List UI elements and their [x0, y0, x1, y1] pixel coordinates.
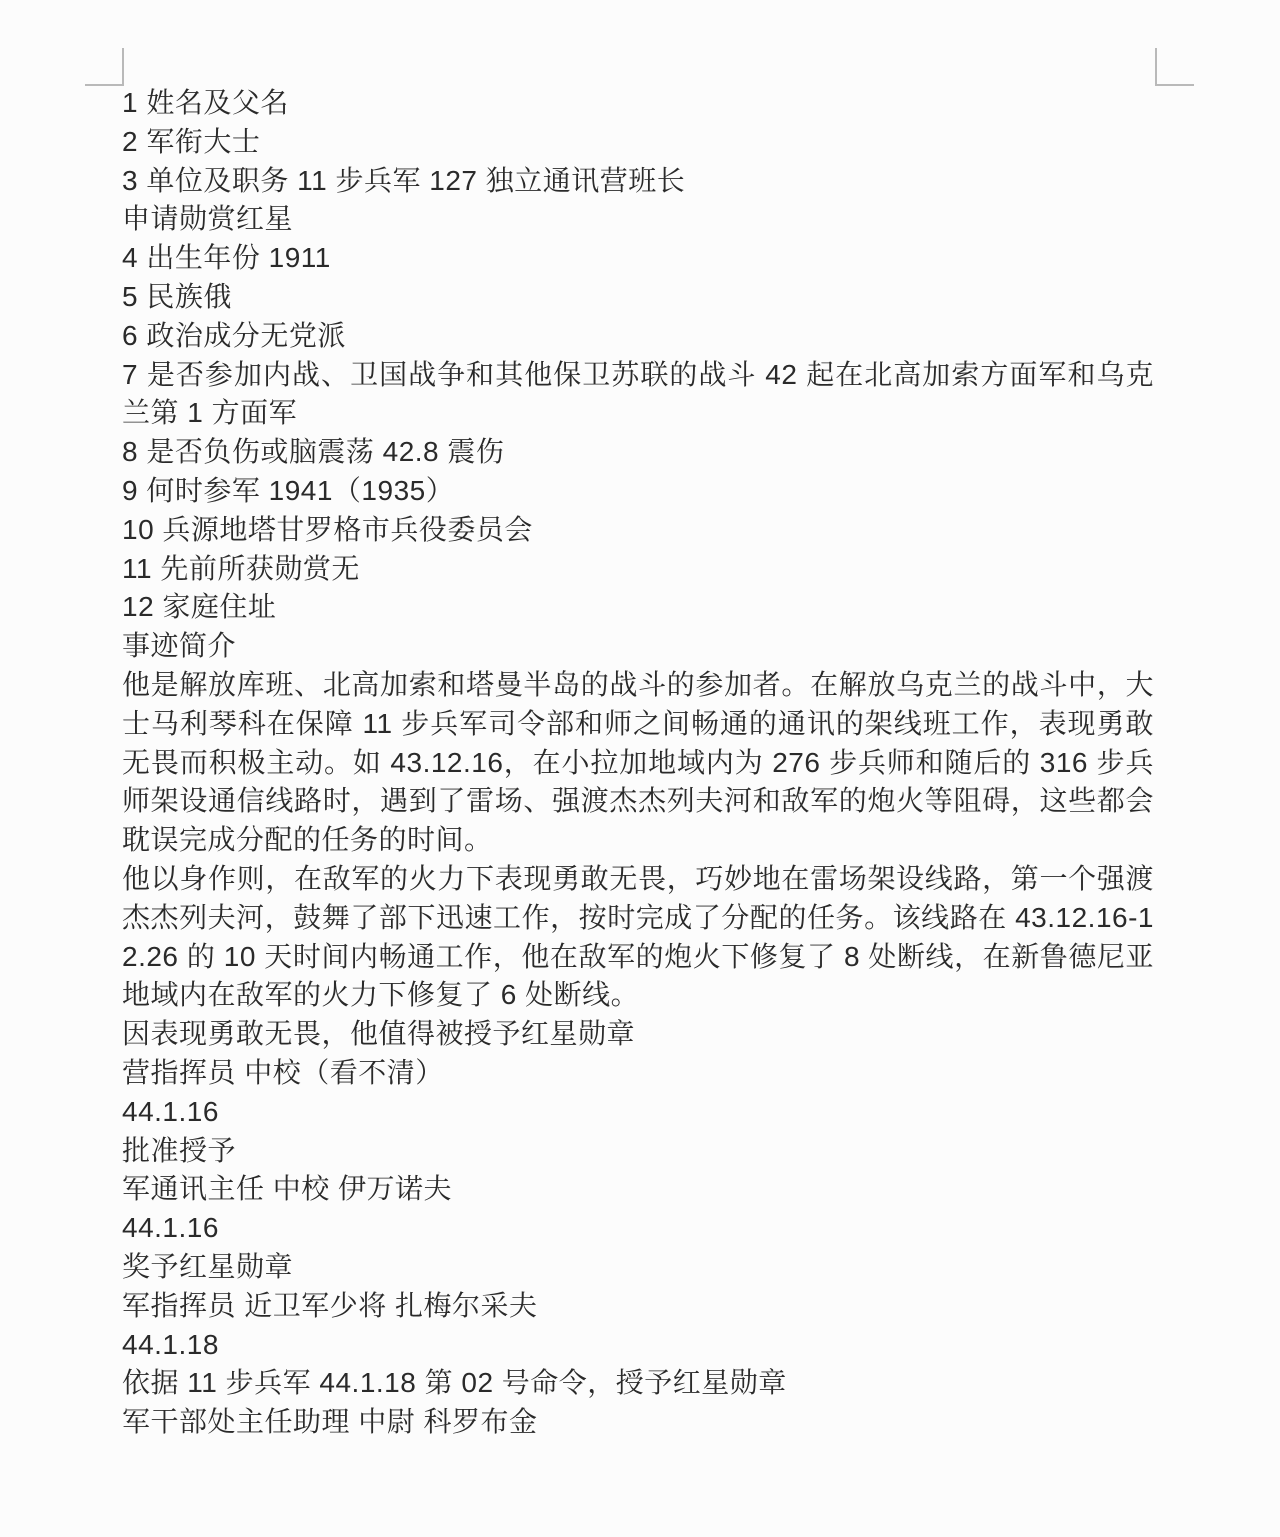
paragraph-20: 批准授予 — [122, 1132, 1154, 1171]
paragraph-5: 4 出生年份 1911 — [122, 239, 1154, 278]
paragraph-19: 44.1.16 — [122, 1093, 1154, 1132]
page-margin-corner-top-right-icon — [1155, 48, 1194, 86]
paragraph-14: 事迹简介 — [122, 627, 1154, 666]
paragraph-24: 军指挥员 近卫军少将 扎梅尔采夫 — [122, 1287, 1154, 1326]
paragraph-17: 因表现勇敢无畏，他值得被授予红星勋章 — [122, 1015, 1154, 1054]
paragraph-10: 9 何时参军 1941（1935） — [122, 472, 1154, 511]
paragraph-4: 申请勋赏红星 — [122, 200, 1154, 239]
paragraph-21: 军通讯主任 中校 伊万诺夫 — [122, 1170, 1154, 1209]
paragraph-13: 12 家庭住址 — [122, 588, 1154, 627]
paragraph-25: 44.1.18 — [122, 1326, 1154, 1365]
paragraph-9: 8 是否负伤或脑震荡 42.8 震伤 — [122, 433, 1154, 472]
paragraph-15: 他是解放库班、北高加索和塔曼半岛的战斗的参加者。在解放乌克兰的战斗中，大士马利琴… — [122, 666, 1154, 860]
page-margin-corner-top-left-icon — [85, 48, 124, 86]
paragraph-27: 军干部处主任助理 中尉 科罗布金 — [122, 1403, 1154, 1442]
paragraph-18: 营指挥员 中校（看不清） — [122, 1054, 1154, 1093]
paragraph-8: 7 是否参加内战、卫国战争和其他保卫苏联的战斗 42 起在北高加索方面军和乌克兰… — [122, 356, 1154, 434]
paragraph-3: 3 单位及职务 11 步兵军 127 独立通讯营班长 — [122, 162, 1154, 201]
paragraph-26: 依据 11 步兵军 44.1.18 第 02 号命令，授予红星勋章 — [122, 1364, 1154, 1403]
paragraph-22: 44.1.16 — [122, 1209, 1154, 1248]
paragraph-12: 11 先前所获勋赏无 — [122, 550, 1154, 589]
paragraph-23: 奖予红星勋章 — [122, 1248, 1154, 1287]
paragraph-11: 10 兵源地塔甘罗格市兵役委员会 — [122, 511, 1154, 550]
paragraph-7: 6 政治成分无党派 — [122, 317, 1154, 356]
document-page: 1 姓名及父名2 军衔大士3 单位及职务 11 步兵军 127 独立通讯营班长申… — [0, 0, 1280, 1537]
paragraph-1: 1 姓名及父名 — [122, 84, 1154, 123]
paragraph-2: 2 军衔大士 — [122, 123, 1154, 162]
paragraph-16: 他以身作则，在敌军的火力下表现勇敢无畏，巧妙地在雷场架设线路，第一个强渡杰杰列夫… — [122, 860, 1154, 1015]
paragraph-6: 5 民族俄 — [122, 278, 1154, 317]
document-body: 1 姓名及父名2 军衔大士3 单位及职务 11 步兵军 127 独立通讯营班长申… — [122, 84, 1154, 1442]
